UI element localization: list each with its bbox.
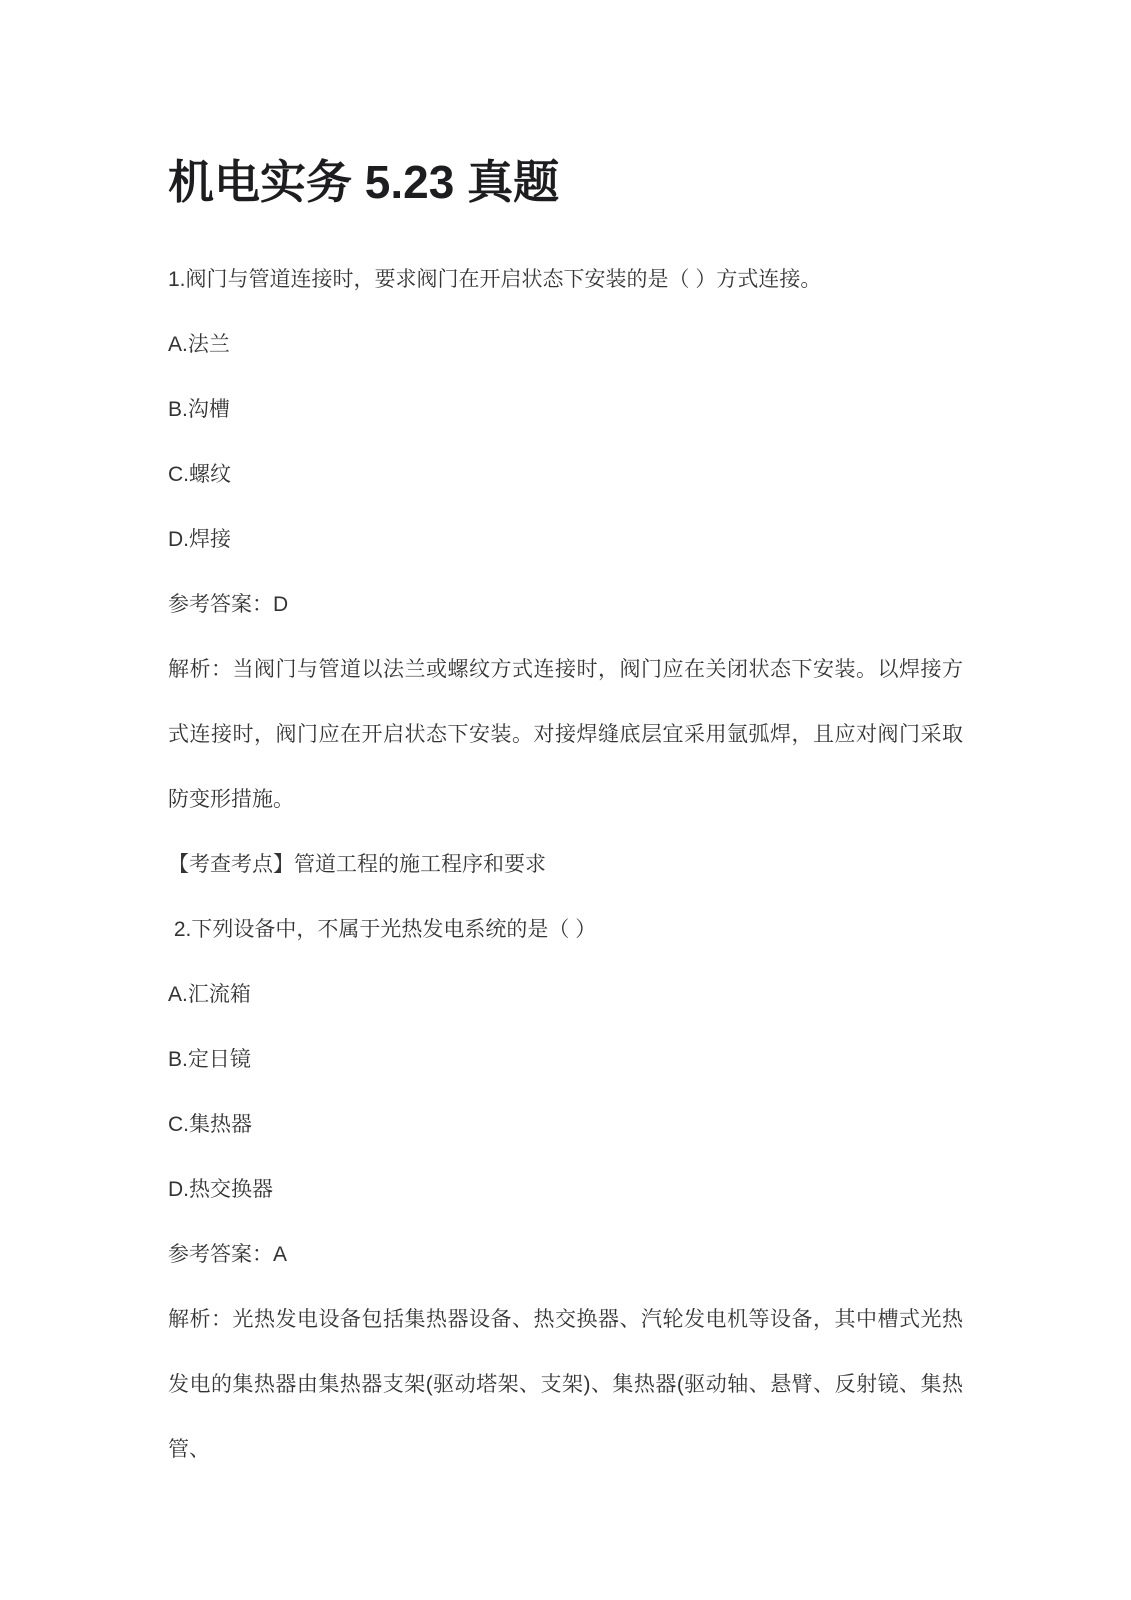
question-2-option-b: B.定日镜 bbox=[168, 1027, 963, 1092]
question-2-option-c: C.集热器 bbox=[168, 1092, 963, 1157]
question-1-analysis: 解析：当阀门与管道以法兰或螺纹方式连接时，阀门应在关闭状态下安装。以焊接方式连接… bbox=[168, 637, 963, 832]
document-content: 机电实务 5.23 真题 1.阀门与管道连接时，要求阀门在开启状态下安装的是（ … bbox=[0, 0, 1131, 1482]
question-1-option-d: D.焊接 bbox=[168, 507, 963, 572]
question-1-stem: 1.阀门与管道连接时，要求阀门在开启状态下安装的是（ ）方式连接。 bbox=[168, 247, 963, 312]
question-1-option-a: A.法兰 bbox=[168, 312, 963, 377]
question-2-option-a: A.汇流箱 bbox=[168, 962, 963, 1027]
question-1-option-b: B.沟槽 bbox=[168, 377, 963, 442]
question-2-analysis: 解析：光热发电设备包括集热器设备、热交换器、汽轮发电机等设备，其中槽式光热发电的… bbox=[168, 1287, 963, 1482]
document-page: 机电实务 5.23 真题 1.阀门与管道连接时，要求阀门在开启状态下安装的是（ … bbox=[0, 0, 1131, 1600]
question-2-stem: 2.下列设备中，不属于光热发电系统的是（ ） bbox=[168, 897, 963, 962]
question-2-answer: 参考答案：A bbox=[168, 1222, 963, 1287]
question-1-option-c: C.螺纹 bbox=[168, 442, 963, 507]
page-title: 机电实务 5.23 真题 bbox=[168, 156, 963, 209]
question-1-answer: 参考答案：D bbox=[168, 572, 963, 637]
question-2-option-d: D.热交换器 bbox=[168, 1157, 963, 1222]
question-1-exam-point: 【考查考点】管道工程的施工程序和要求 bbox=[168, 832, 963, 897]
